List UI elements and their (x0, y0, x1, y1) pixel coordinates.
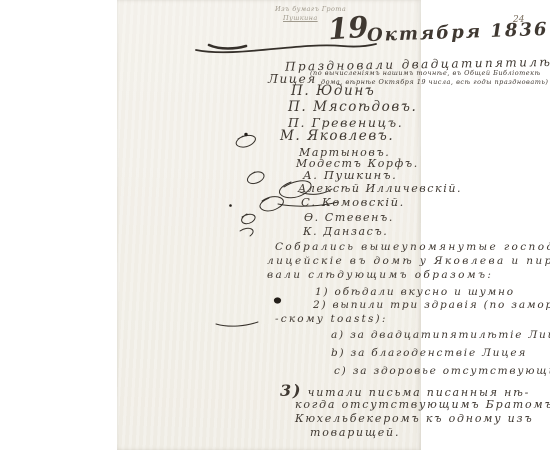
body-line: Собрались вышеупомянутые господа (275, 242, 550, 253)
item-3-line2: когда отсутствующимъ Братомъ (295, 399, 550, 410)
signature-yudin: П. Юдинъ (291, 85, 375, 99)
archival-pencil-note-line2: Пушкина (283, 15, 318, 22)
signature-pushkin: А. Пушкинъ. (303, 170, 397, 182)
item-2c: c) за здоровье отсутствующихъ (334, 366, 550, 377)
item-2b: b) за благоденствіе Лицея (331, 348, 527, 359)
body-line: лицейскіе въ домѣ у Яковлева и пиро- (267, 256, 550, 267)
item-3-line4: товарищей. (310, 427, 400, 438)
heading-date: Октября 1836 (367, 21, 549, 45)
item-2-line1: 2) выпили три здравія (по замор- (313, 300, 550, 311)
signature-steven: Ѳ. Стевенъ. (304, 212, 394, 223)
manuscript-page: Изъ бумагъ Грота Пушкина 24 19 Октября 1… (117, 0, 421, 450)
signature-myasoedov: П. Мясоѣдовъ. (288, 101, 417, 115)
signature-illichevsky: Алексѣй Илличевскій. (298, 183, 462, 194)
signature-komovsky: С. Комовскій. (301, 197, 405, 209)
item-2-line2: -скому toasts): (275, 314, 388, 325)
signature-yakovlev: М. Яковлевъ. (280, 130, 394, 144)
manuscript-scan-screenshot: { "doc": { "archival_note": { "line1": "… (0, 0, 550, 450)
intro-parenthetical-line1: (по вычисленіямъ нашимъ точнѣе, въ Общей… (310, 70, 541, 77)
item-1: 1) обѣдали вкусно и шумно (315, 287, 515, 298)
item-2a: а) за двадцатипятилѣтіе Лицея (331, 330, 550, 341)
item-3-line3: Кюхельбекеромъ къ одному изъ (295, 413, 534, 424)
heading-day: 19 (327, 13, 369, 45)
signature-danzas: К. Данзасъ. (303, 226, 388, 237)
body-line: вали слѣдующимъ образомъ: (267, 270, 493, 281)
item-3-line1: 3) читали письма писанныя нѣ- (280, 383, 530, 399)
